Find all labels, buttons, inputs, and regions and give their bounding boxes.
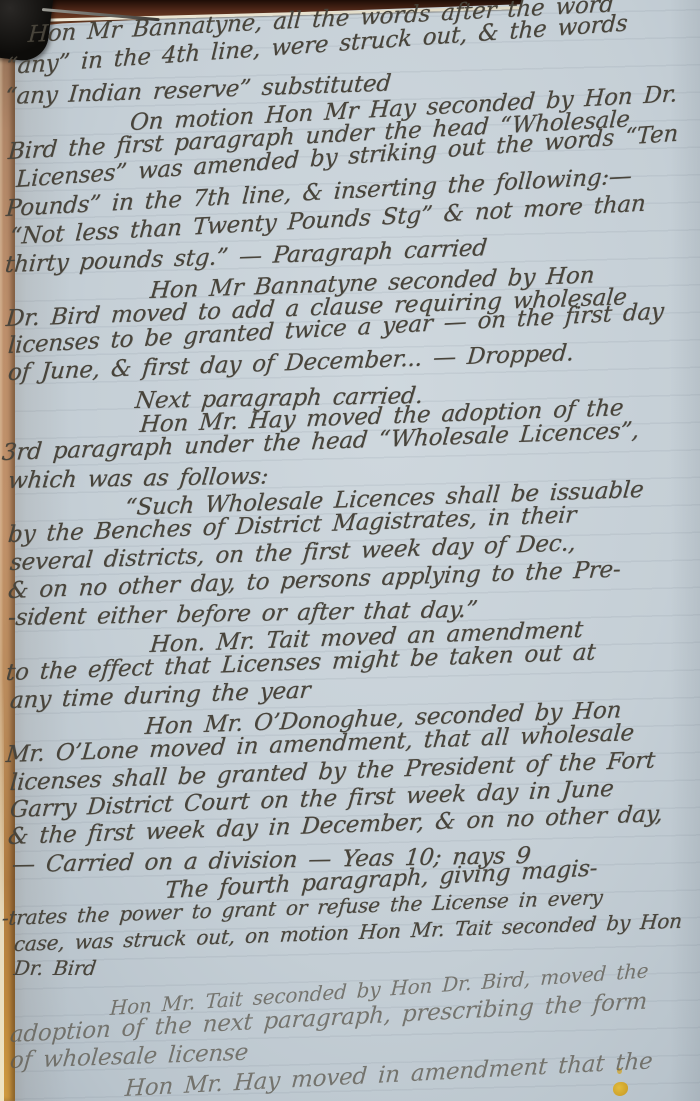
manuscript-line: any time during the year	[9, 679, 311, 713]
manuscript-line: of wholesale license	[9, 1042, 249, 1073]
handwritten-text-block: Hon Mr Bannatyne, all the words after th…	[0, 0, 700, 1101]
manuscript-line: which was as follows:	[7, 465, 270, 493]
manuscript-photo: Hon Mr Bannatyne, all the words after th…	[0, 0, 700, 1101]
manuscript-line: Dr. Bird	[13, 958, 97, 978]
